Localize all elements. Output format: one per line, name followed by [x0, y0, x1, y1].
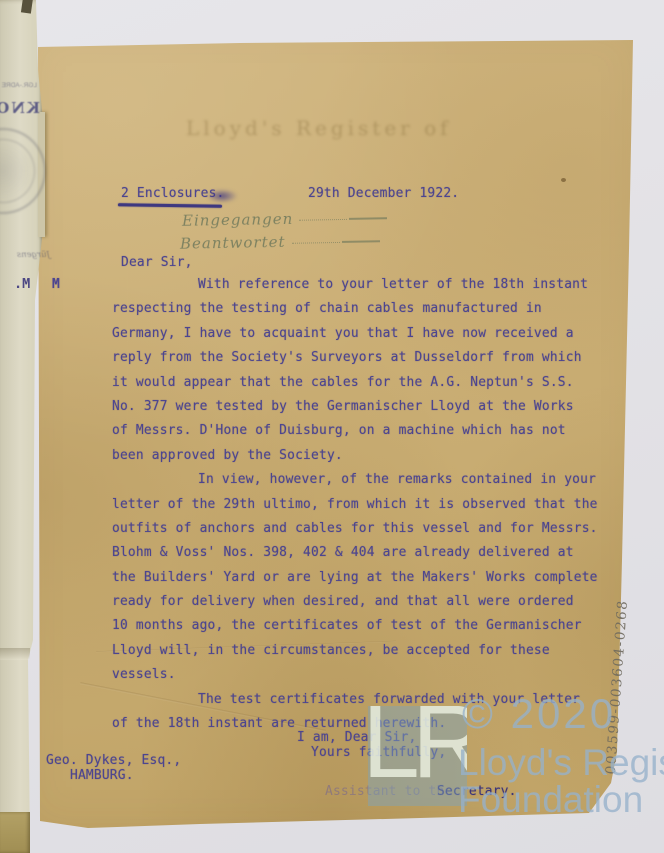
showthrough-mark: M.: [14, 276, 30, 292]
body-line: respecting the testing of chain cables m…: [112, 301, 612, 325]
showthrough-text-small: LGR.-ADRE: [1, 82, 37, 89]
body-line: the Builders' Yard or are lying at the M…: [112, 570, 612, 594]
salutation: Dear Sir,: [121, 255, 193, 270]
closing-line-2: Yours faithfully,: [311, 745, 446, 760]
ink-smudge: [206, 189, 238, 203]
stamp-received: Eingegangen: [182, 208, 388, 230]
showthrough-text-bold: KNO: [0, 99, 40, 117]
page-edge-fold: [0, 648, 30, 660]
body-line: reply from the Society's Surveyors at Du…: [112, 350, 612, 374]
stamp-dotted-line: [292, 242, 340, 244]
body-line: Blohm & Voss' Nos. 398, 402 & 404 are al…: [112, 545, 612, 569]
stamp-solid-line: [342, 240, 380, 243]
body-line: outfits of anchors and cables for this v…: [112, 521, 612, 545]
body-line: The test certificates forwarded with you…: [112, 692, 612, 716]
folded-corner-wedge: [0, 812, 30, 853]
stamp-solid-line: [349, 217, 387, 220]
margin-mark: M: [52, 277, 60, 292]
recipient-city: HAMBURG.: [70, 768, 134, 783]
body-line: Germany, I have to acquaint you that I h…: [112, 326, 612, 350]
recipient-name: Geo. Dykes, Esq.,: [46, 753, 181, 768]
body-line: it would appear that the cables for the …: [112, 375, 612, 399]
body-line: ready for delivery when desired, and tha…: [112, 594, 612, 618]
stamp-answered: Beantwortet: [180, 231, 380, 252]
body-line: Lloyd will, in the circumstances, be acc…: [112, 643, 612, 667]
paper-speck: [561, 178, 566, 182]
body-line: vessels.: [112, 667, 612, 691]
showthrough-script: Jürgens: [6, 250, 50, 260]
stamp-received-label: Eingegangen: [182, 210, 294, 230]
signature-role: Secretary.: [437, 784, 517, 799]
ghost-letterhead: Lloyd's Register of: [186, 116, 506, 140]
signature-role-faint: Assistant to the: [325, 784, 452, 799]
stamp-answered-label: Beantwortet: [180, 233, 286, 253]
body-line: No. 377 were tested by the Germanischer …: [112, 399, 612, 423]
body-line: 10 months ago, the certificates of test …: [112, 618, 612, 642]
body-line: With reference to your letter of the 18t…: [112, 277, 612, 301]
closing-line-1: I am, Dear Sir,: [297, 730, 416, 745]
scanned-letter-page: Lloyd's Register of 2 Enclosures. 29th D…: [0, 0, 664, 853]
body-line: of Messrs. D'Hone of Duisburg, on a mach…: [112, 423, 612, 447]
letter-body: With reference to your letter of the 18t…: [112, 277, 612, 740]
stamp-dotted-line: [299, 219, 347, 221]
body-line: letter of the 29th ultimo, from which it…: [112, 497, 612, 521]
letter-date: 29th December 1922.: [308, 186, 459, 201]
body-line: In view, however, of the remarks contain…: [112, 472, 612, 496]
body-line: been approved by the Society.: [112, 448, 612, 472]
